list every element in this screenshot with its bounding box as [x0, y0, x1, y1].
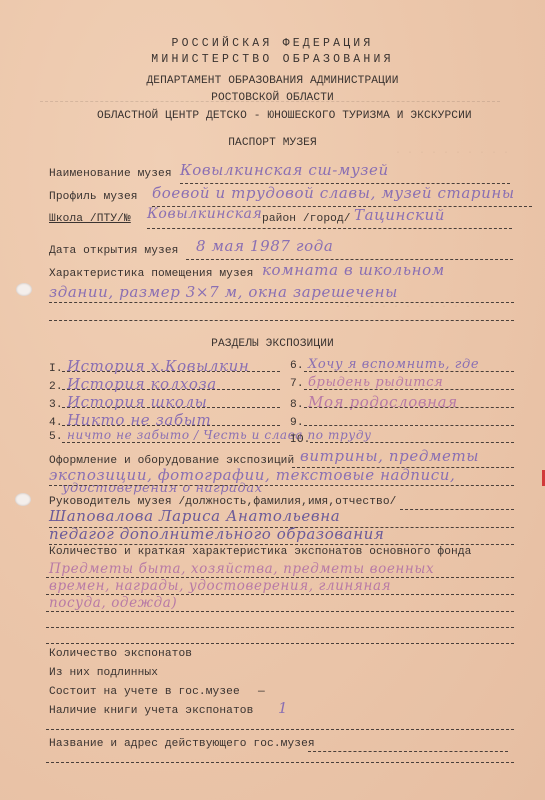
fill-line: [292, 467, 514, 468]
fill-line: [186, 259, 513, 260]
fill-line: [46, 643, 514, 644]
museum-passport-page: · · · · · · · · · · · · · · · · · · · · …: [0, 0, 545, 800]
opening-date-label: Дата открытия музея: [49, 245, 178, 257]
section-item-8: 8.Моя родословная: [290, 393, 458, 411]
fill-line: [46, 577, 514, 578]
fill-line: [304, 389, 514, 390]
originals-label: Из них подлинных: [49, 667, 158, 679]
school-value[interactable]: Ковылкинская: [147, 206, 262, 222]
fill-line: [62, 371, 280, 372]
section-value[interactable]: брыдень рыдится: [308, 375, 443, 390]
section-number: I.: [49, 363, 67, 375]
museum-name-value[interactable]: Ковылкинская сш-музей: [180, 161, 389, 179]
fill-line: [62, 407, 280, 408]
museum-profile-label: Профиль музея: [49, 191, 138, 203]
fill-line: [49, 302, 514, 303]
section-item-9: 9.: [290, 411, 308, 429]
district-label: район /город/: [262, 213, 351, 225]
show-through-text: · · · · · · · · · · · ·: [345, 302, 483, 313]
fill-line: [46, 611, 514, 612]
fill-line: [62, 389, 280, 390]
museum-name-label: Наименование музея: [49, 168, 172, 180]
fill-line: [304, 407, 514, 408]
fill-line: [49, 544, 514, 545]
section-item-7: 7.брыдень рыдится: [290, 375, 443, 390]
section-number: 2.: [49, 381, 67, 393]
section-item-1: I.История х.Ковылкин: [49, 357, 249, 375]
show-through-text: · · · · · · · · · ·: [395, 148, 509, 159]
director-value-line1[interactable]: Шаповалова Лариса Анатольевна: [49, 507, 340, 525]
fill-line: [46, 729, 514, 730]
district-value[interactable]: Тацинский: [354, 206, 445, 224]
premises-value-line2[interactable]: здании, размер 3×7 м, окна зарешечены: [49, 283, 398, 301]
punch-hole: [15, 493, 31, 506]
fill-line: [147, 228, 512, 229]
museum-profile-value[interactable]: боевой и трудовой славы, музей старины: [152, 184, 515, 202]
header-center: ОБЛАСТНОЙ ЦЕНТР ДЕТСКО - ЮНОШЕСКОГО ТУРИ…: [97, 110, 472, 122]
fill-line: [304, 371, 514, 372]
header-department: ДЕПАРТАМЕНТ ОБРАЗОВАНИЯ АДМИНИСТРАЦИИ: [0, 75, 545, 87]
exhibits-count-label: Количество экспонатов: [49, 648, 192, 660]
register-book-value[interactable]: 1: [278, 699, 288, 717]
section-value[interactable]: История х.Ковылкин: [67, 357, 249, 375]
section-value[interactable]: История колхоза: [67, 375, 217, 393]
section-item-3: 3.История школы: [49, 393, 207, 411]
opening-date-value[interactable]: 8 мая 1987 года: [196, 237, 333, 255]
punch-hole: [16, 283, 32, 296]
equipment-value-line1[interactable]: витрины, предметы: [300, 447, 479, 465]
exhibits-fund-value-line1[interactable]: Предметы быта, хозяйства, предметы военн…: [49, 561, 434, 577]
section-item-10: IO.: [290, 428, 312, 446]
state-registered-label: Состоит на учете в гос.музее: [49, 686, 240, 698]
exhibits-fund-value-line3[interactable]: посуда, одежда): [49, 595, 177, 611]
section-number: 3.: [49, 399, 67, 411]
fill-line: [46, 627, 514, 628]
register-book-label: Наличие книги учета экспонатов: [49, 705, 253, 717]
premises-value-line1[interactable]: комната в школьном: [262, 261, 445, 279]
section-number: 8.: [290, 399, 308, 411]
fill-line: [310, 442, 514, 443]
fill-line: [49, 320, 514, 321]
section-item-4: 4.Никто не забыт: [49, 411, 211, 429]
school-label: Школа /ПТУ/№: [49, 213, 131, 225]
fill-line: [62, 442, 280, 443]
page-title: ПАСПОРТ МУЗЕЯ: [0, 137, 545, 149]
director-value-line2[interactable]: педагог дополнительного образования: [49, 525, 384, 543]
fill-line: [46, 762, 514, 763]
section-value[interactable]: Никто не забыт: [67, 411, 211, 429]
exhibits-fund-label: Количество и краткая характеристика эксп…: [49, 546, 471, 558]
fill-line[interactable]: [308, 751, 508, 752]
header-region: РОСТОВСКОЙ ОБЛАСТИ: [0, 92, 545, 104]
state-registered-value[interactable]: —: [258, 686, 265, 698]
state-museum-label: Название и адрес действующего гос.музея: [49, 738, 315, 750]
fill-line: [304, 425, 514, 426]
fill-line: [400, 509, 514, 510]
divider: [40, 101, 500, 102]
header-ministry: МИНИСТЕРСТВО ОБРАЗОВАНИЯ: [0, 53, 545, 66]
section-value[interactable]: История школы: [67, 393, 207, 411]
section-number: IO.: [290, 434, 312, 446]
section-value[interactable]: Хочу я вспомнить, где: [308, 357, 479, 372]
section-value[interactable]: Моя родословная: [308, 393, 458, 411]
header-federation: РОССИЙСКАЯ ФЕДЕРАЦИЯ: [0, 37, 545, 50]
fill-line: [49, 485, 514, 486]
section-item-5: 5.ничто не забыто / Честь и слава по тру…: [49, 428, 372, 443]
section-item-2: 2.История колхоза: [49, 375, 217, 393]
exhibits-fund-value-line2[interactable]: времен, награды, удостоверения, глиняная: [49, 578, 391, 594]
section-value[interactable]: ничто не забыто / Честь и слава по труду: [67, 428, 372, 442]
sections-title: РАЗДЕЛЫ ЭКСПОЗИЦИИ: [0, 338, 545, 350]
premises-label: Характеристика помещения музея: [49, 268, 253, 280]
section-item-6: 6.Хочу я вспомнить, где: [290, 357, 479, 372]
fill-line: [46, 594, 514, 595]
equipment-value-line3[interactable]: удостоверения о наградах: [62, 481, 263, 496]
fill-line: [62, 425, 280, 426]
